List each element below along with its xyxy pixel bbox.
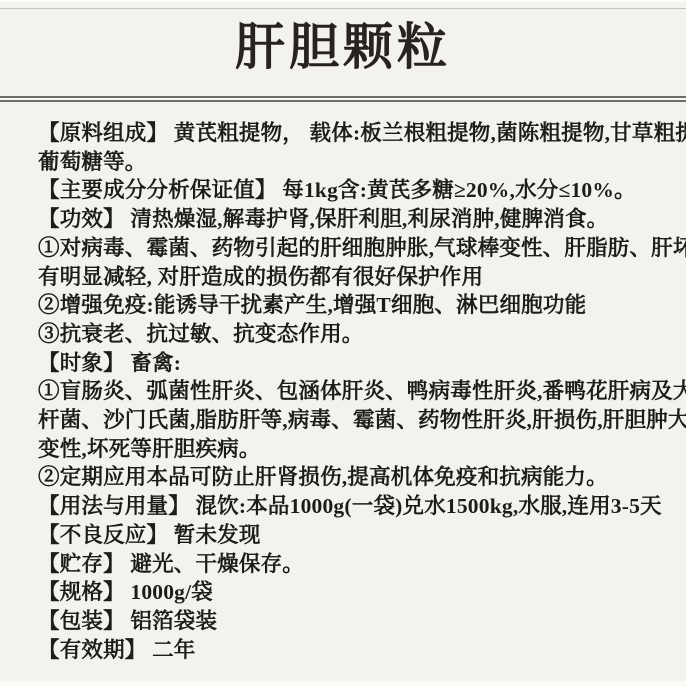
storage-line: 【贮存】 避光、干燥保存。 bbox=[38, 550, 652, 579]
bottom-edge-highlight bbox=[0, 681, 686, 686]
label-body: 【原料组成】 黄芪粗提物， 载体:板兰根粗提物,菌陈粗提物,甘草粗提物、 葡萄糖… bbox=[38, 119, 652, 664]
efficacy-item1-line-2: 有明显减轻, 对肝造成的损伤都有很好保护作用 bbox=[38, 263, 652, 292]
dosage-line: 【用法与用量】 混饮:本品1000g(一袋)兑水1500kg,水服,连用3-5天 bbox=[38, 492, 652, 521]
top-edge-highlight bbox=[0, 0, 686, 2]
adverse-reaction-line: 【不良反应】 暂未发现 bbox=[38, 521, 652, 550]
indications-line-1: ①盲肠炎、弧菌性肝炎、包涵体肝炎、鸭病毒性肝炎,番鸭花肝病及大肠 bbox=[38, 377, 652, 406]
efficacy-item1-line-1: ①对病毒、霉菌、药物引起的肝细胞肿胀,气球棒变性、肝脂肪、肝坏死症 bbox=[38, 234, 652, 263]
indications-line-3: 变性,坏死等肝胆疾病。 bbox=[38, 435, 652, 464]
title-divider bbox=[0, 96, 686, 102]
top-rule bbox=[0, 8, 686, 9]
product-label: 肝胆颗粒 【原料组成】 黄芪粗提物， 载体:板兰根粗提物,菌陈粗提物,甘草粗提物… bbox=[0, 0, 686, 686]
indications-line-2: 杆菌、沙门氏菌,脂肪肝等,病毒、霉菌、药物性肝炎,肝损伤,肝胆肿大、 bbox=[38, 406, 652, 435]
guarantee-line: 【主要成分分析保证值】 每1kg含:黄芪多糖≥20%,水分≤10%。 bbox=[38, 176, 652, 205]
efficacy-line: 【功效】 清热燥湿,解毒护肾,保肝利胆,利尿消肿,健脾消食。 bbox=[38, 205, 652, 234]
efficacy-item2-line: ②增强免疫:能诱导干扰素产生,增强T细胞、淋巴细胞功能 bbox=[38, 291, 652, 320]
product-title: 肝胆颗粒 bbox=[0, 20, 686, 74]
spec-line: 【规格】 1000g/袋 bbox=[38, 578, 652, 607]
ingredients-line-2: 葡萄糖等。 bbox=[38, 148, 652, 177]
ingredients-line-1: 【原料组成】 黄芪粗提物， 载体:板兰根粗提物,菌陈粗提物,甘草粗提物、 bbox=[38, 119, 652, 148]
target-line: 【时象】 畜禽: bbox=[38, 349, 652, 378]
validity-line: 【有效期】 二年 bbox=[38, 636, 652, 665]
package-line: 【包装】 铝箔袋装 bbox=[38, 607, 652, 636]
prevention-line: ②定期应用本品可防止肝肾损伤,提高机体免疫和抗病能力。 bbox=[38, 463, 652, 492]
efficacy-item3-line: ③抗衰老、抗过敏、抗变态作用。 bbox=[38, 320, 652, 349]
